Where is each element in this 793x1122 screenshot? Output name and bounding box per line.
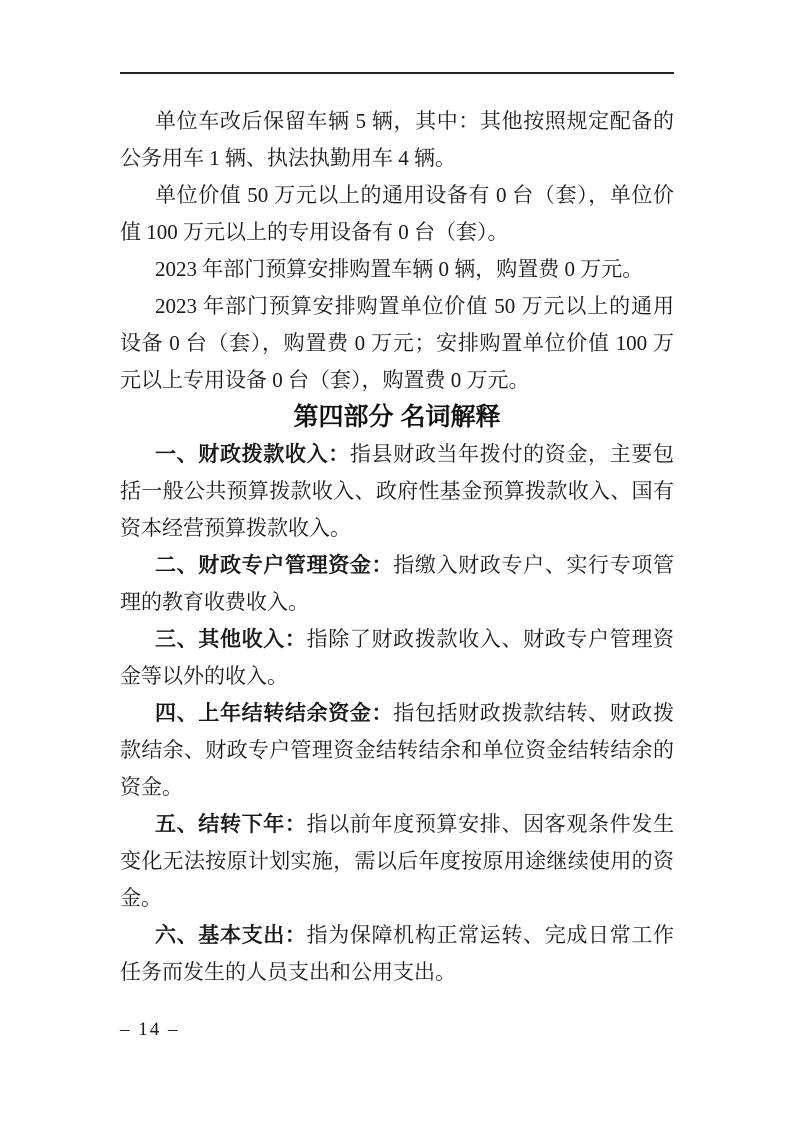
definition-item-4: 四、上年结转结余资金：指包括财政拨款结转、财政拨款结余、财政专户管理资金结转结余… xyxy=(120,695,674,806)
paragraph-2023-vehicle-purchase: 2023 年部门预算安排购置车辆 0 辆，购置费 0 万元。 xyxy=(120,251,674,288)
definition-item-1: 一、财政拨款收入：指县财政当年拨付的资金，主要包括一般公共预算拨款收入、政府性基… xyxy=(120,436,674,547)
document-page: 单位车改后保留车辆 5 辆，其中：其他按照规定配备的公务用车 1 辆、执法执勤用… xyxy=(0,0,793,1122)
definition-term-3: 三、其他收入： xyxy=(155,628,307,651)
definition-term-4: 四、上年结转结余资金： xyxy=(155,702,393,725)
definition-term-1: 一、财政拨款收入： xyxy=(155,443,350,466)
header-rule xyxy=(120,72,674,74)
definition-item-5: 五、结转下年：指以前年度预算安排、因客观条件发生变化无法按原计划实施，需以后年度… xyxy=(120,806,674,917)
definition-term-6: 六、基本支出： xyxy=(155,924,307,947)
page-footer: – 14 – xyxy=(120,1017,180,1043)
definition-item-6: 六、基本支出：指为保障机构正常运转、完成日常工作任务而发生的人员支出和公用支出。 xyxy=(120,917,674,991)
definition-item-3: 三、其他收入：指除了财政拨款收入、财政专户管理资金等以外的收入。 xyxy=(120,621,674,695)
paragraph-2023-equipment-purchase: 2023 年部门预算安排购置单位价值 50 万元以上的通用设备 0 台（套），购… xyxy=(120,288,674,399)
section-heading: 第四部分 名词解释 xyxy=(120,399,674,436)
definition-term-2: 二、财政专户管理资金： xyxy=(155,554,393,577)
page-number: – 14 – xyxy=(120,1019,180,1040)
definition-item-2: 二、财政专户管理资金：指缴入财政专户、实行专项管理的教育收费收入。 xyxy=(120,547,674,621)
paragraph-retained-vehicles: 单位车改后保留车辆 5 辆，其中：其他按照规定配备的公务用车 1 辆、执法执勤用… xyxy=(120,103,674,177)
definition-term-5: 五、结转下年： xyxy=(155,813,307,836)
page-content: 单位车改后保留车辆 5 辆，其中：其他按照规定配备的公务用车 1 辆、执法执勤用… xyxy=(120,103,674,991)
paragraph-equipment-counts: 单位价值 50 万元以上的通用设备有 0 台（套），单位价值 100 万元以上的… xyxy=(120,177,674,251)
